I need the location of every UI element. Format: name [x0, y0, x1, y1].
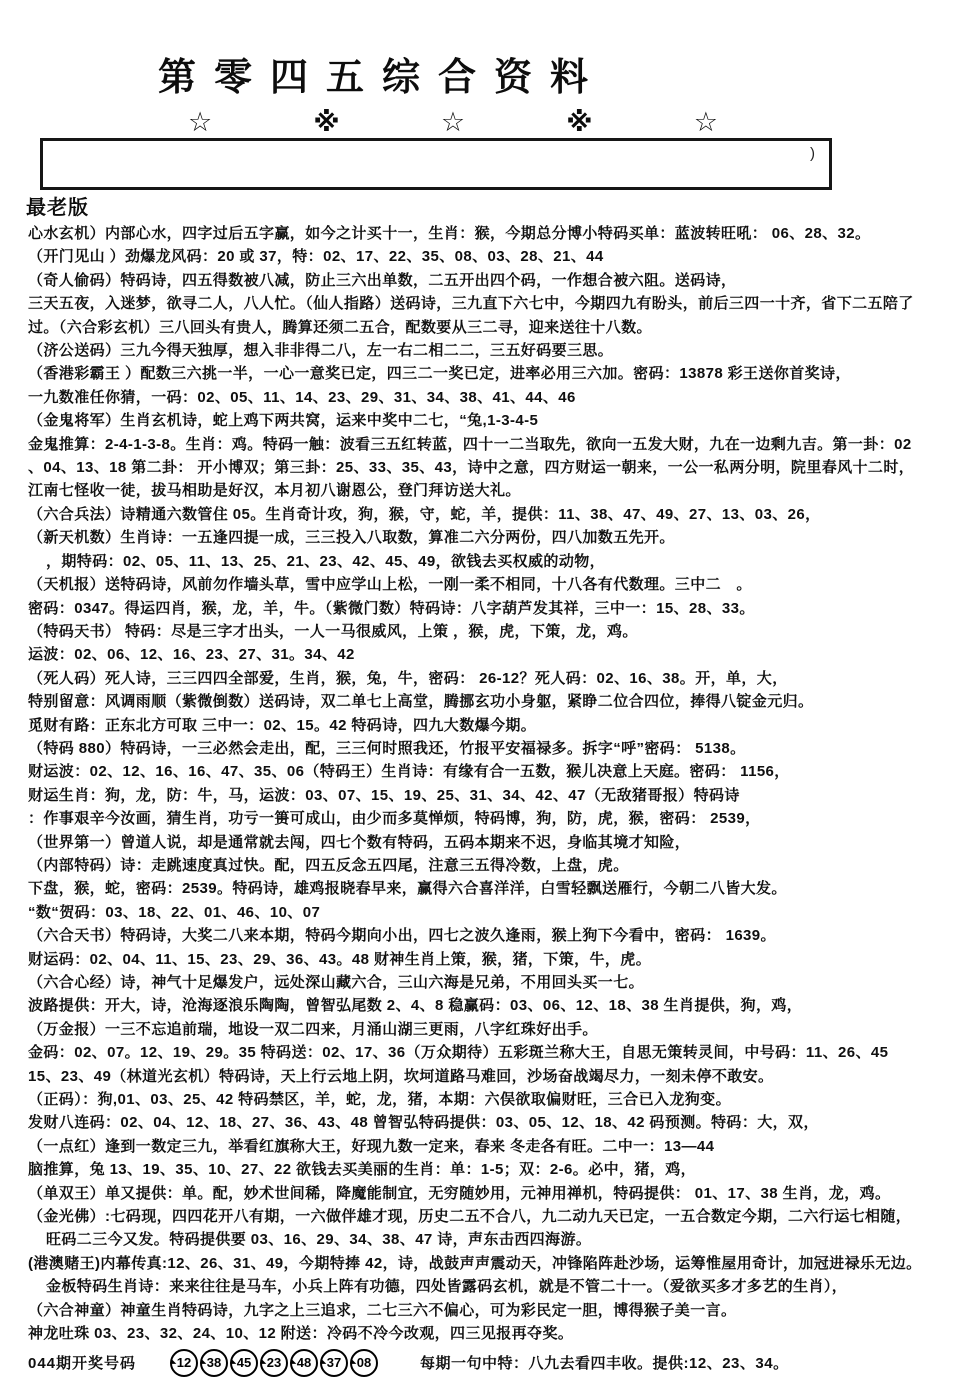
- reference-mark-icon: ※: [313, 109, 339, 136]
- document-page: 第零四五综合资料 ☆ ※ ☆ ※ ☆ ) 最老版 心水玄机）内部心水，四字过后五…: [0, 0, 964, 1391]
- body-line: （万金报）一三不忘追前瑞，地设一双二四来，月涌山湖三更雨，八字红珠好出手。: [28, 1018, 956, 1041]
- body-line: 一九数准任你猜，一码：02、05、11、14、23、29、31、34、38、41…: [28, 386, 956, 409]
- body-line: 金板特码生肖诗：来来往往是马车，小兵上阵有功德，四处皆露码玄机，就是不管二十一。…: [28, 1275, 956, 1298]
- body-line: 心水玄机）内部心水，四字过后五字赢，如今之计买十一，生肖：猴，今期总分博小特码买…: [28, 222, 956, 245]
- body-line: （新天机数）生肖诗：一五逢四提一成，三三投入八取数，算准二六分两份，四八加数五先…: [28, 526, 956, 549]
- winning-number-ball: 37: [320, 1349, 348, 1377]
- winning-numbers: 12384523483708: [170, 1349, 380, 1377]
- body-line: 觅财有路：正东北方可取 三中一：02、15。42 特码诗，四九大数爆今期。: [28, 714, 956, 737]
- body-line: （特码 880）特码诗，一三必然会走出，配，三三何时照我还，竹报平安福禄多。拆字…: [28, 737, 956, 760]
- body-line: 发财八连码：02、04、12、18、27、36、43、48 曾智弘特码提供：03…: [28, 1111, 956, 1134]
- body-line: 下盘，猴，蛇，密码：2539。特码诗，雄鸡报晓春早来，赢得六合喜洋洋，白雪轻飘送…: [28, 877, 956, 900]
- body-line: 旺码二三今又发。特码提供要 03、16、29、34、38、47 诗，声东击西四海…: [28, 1228, 956, 1251]
- page-title: 第零四五综合资料: [158, 46, 964, 101]
- body-line: （金鬼将军）生肖玄机诗，蛇上鸡下两共窝，运来中奖中二七，“兔,1-3-4-5: [28, 409, 956, 432]
- winning-number-ball: 12: [170, 1349, 198, 1377]
- draw-label: 044期开奖号码: [28, 1352, 136, 1373]
- body-line: （世界第一）曾道人说，却是通常就去闯，四七个数有特码，五码本期来不迟，身临其境才…: [28, 831, 956, 854]
- body-line: （正码）：狗,01、03、25、42 特码禁区，羊，蛇，龙，猪，本期：六俣欲取偏…: [28, 1088, 956, 1111]
- winning-number-ball: 38: [200, 1349, 228, 1377]
- body-line: 财运码：02、04、11、15、23、29、36、43。48 财神生肖上策，猴，…: [28, 948, 956, 971]
- winning-number-ball: 23: [260, 1349, 288, 1377]
- body-lines: 心水玄机）内部心水，四字过后五字赢，如今之计买十一，生肖：猴，今期总分博小特码买…: [28, 222, 956, 1346]
- decor-symbols: ☆ ※ ☆ ※ ☆: [188, 109, 718, 136]
- body-line: 15、23、49（林道光玄机）特码诗，天上行云地上阴，坎坷道路马难回，沙场奋战竭…: [28, 1065, 956, 1088]
- star-icon: ☆: [694, 109, 718, 136]
- winning-number-ball: 45: [230, 1349, 258, 1377]
- body-line: 三天五夜，入迷梦，欲寻二人，八人忙。（仙人指路）送码诗，三九直下六七中，今期四九…: [28, 292, 956, 315]
- body-line: 过。（六合彩玄机）三八回头有贵人，腾算还须二五合，配数要从三二寻，迎来送往十八数…: [28, 316, 956, 339]
- body-line: 财运生肖：狗，龙，防：牛，马，运波：03、07、15、19、25、31、34、4…: [28, 784, 956, 807]
- body-line: （奇人偷码）特码诗，四五得数被八减，防止三六出单数，二五开出四个码，一作想合被六…: [28, 269, 956, 292]
- winning-number-ball: 48: [290, 1349, 318, 1377]
- body-line: （内部特码）诗：走跳速度真过快。配，四五反念五四尾，注意三五得冷数，上盘，虎。: [28, 854, 956, 877]
- box-mark: ): [810, 145, 815, 162]
- body-line: （济公送码）三九今得天独厚，想入非非得二八，左一右二相二二，三五好码要三思。: [28, 339, 956, 362]
- footer-row: 044期开奖号码 12384523483708 每期一句中特：八九去看四丰收。提…: [28, 1349, 964, 1377]
- body-line: 财运波：02、12、16、16、47、35、06（特码王）生肖诗：有缘有合一五数…: [28, 760, 956, 783]
- body-line: （六合神童）神童生肖特码诗，九字之上三追求，二七三六不偏心，可为彩民定一胆，博得…: [28, 1299, 956, 1322]
- body-line: （金光佛）:七码现，四四花开八有期，一六做伴雄才现，历史二五不合八，九二动九天已…: [28, 1205, 956, 1228]
- body-line: 运波：02、06、12、16、23、27、31。34、42: [28, 643, 956, 666]
- body-line: 金鬼推算：2-4-1-3-8。生肖：鸡。特码一触：波看三五红转蓝，四十一二当取先…: [28, 433, 956, 456]
- body-line: （香港彩霸王 ）配数三六挑一半，一心一意奖已定，四三二一奖已定，进率必用三六加。…: [28, 362, 956, 385]
- footer-note: 每期一句中特：八九去看四丰收。提供:12、23、34。: [420, 1352, 789, 1373]
- star-icon: ☆: [188, 109, 212, 136]
- body-line: （开门见山 ）劲爆龙风码：20 或 37，特：02、17、22、35、08、03…: [28, 245, 956, 268]
- body-line: 、04、13、18 第二卦： 开小博双；第三卦：25、33、35、43，诗中之意…: [28, 456, 956, 479]
- body-line: （六合兵法）诗精通六数管住 05。生肖奇计攻，狗，猴，守，蛇，羊，提供：11、3…: [28, 503, 956, 526]
- star-icon: ☆: [441, 109, 465, 136]
- body-line: “数“贺码：03、18、22、01、46、10、07: [28, 901, 956, 924]
- body-line: 密码：0347。得运四肖，猴，龙，羊，牛。（紫微门数）特码诗：八字葫芦发其祥，三…: [28, 597, 956, 620]
- body-line: （特码天书） 特码：尽是三字才出头，一人一马很威风，上策 ，猴，虎，下策，龙，鸡…: [28, 620, 956, 643]
- body-line: (港澳赌王)内幕传真:12、26、31、49，今期特捧 42，诗，战鼓声声震动天…: [28, 1252, 956, 1275]
- body-line: 神龙吐珠 03、23、32、24、10、12 附送：冷码不冷今改观，四三见报再夺…: [28, 1322, 956, 1345]
- body-line: （一点红）逢到一数定三九，举看红旗称大王，好现九数一定来，春来 冬走各有旺。二中…: [28, 1135, 956, 1158]
- body-line: （天机报）送特码诗，风前勿作墙头草，雪中应学山上松，一刚一柔不相同，十八各有代数…: [28, 573, 956, 596]
- header-box: ): [40, 138, 832, 190]
- reference-mark-icon: ※: [566, 109, 592, 136]
- body-line: 特别留意：风调雨顺（紫微倒数）送码诗，双二单七上高堂，腾挪玄功小身躯，紧睁二位合…: [28, 690, 956, 713]
- body-line: ，期特码：02、05、11、13、25、21、23、42、45、49，欲钱去买权…: [28, 550, 956, 573]
- body-line: （六合心经）诗，神气十足爆发户，远处深山藏六合，三山六海是兄弟，不用回头买一七。: [28, 971, 956, 994]
- body-line: 金码：02、07。12、19、29。35 特码送：02、17、36（万众期待）五…: [28, 1041, 956, 1064]
- body-line: （六合天书）特码诗，大奖二八来本期，特码今期向小出，四七之波久逢雨，猴上狗下今看…: [28, 924, 956, 947]
- body-line: （死人码）死人诗，三三四四全部爱，生肖，猴，兔，牛，密码： 26-12？死人码：…: [28, 667, 956, 690]
- body-line: （单双王）单又提供：单。配，妙术世间稀，降魔能制宜，无穷随妙用，元神用禅机，特码…: [28, 1182, 956, 1205]
- section-label: 最老版: [26, 191, 964, 220]
- body-line: ：作事艰辛今汝画，猜生肖，功亏一篑可成山，由少而多莫惮烦，特码博，狗，防，虎，猴…: [28, 807, 956, 830]
- body-line: 脑推算，兔 13、19、35、10、27、22 欲钱去买美丽的生肖：单：1-5；…: [28, 1158, 956, 1181]
- winning-number-ball: 08: [350, 1349, 378, 1377]
- body-line: 江南七怪收一徒，拔马相助是好汉，本月初八谢恩公，登门拜访送大礼。: [28, 479, 956, 502]
- body-line: 波路提供：开大，诗，沧海逐浪乐陶陶，曾智弘尾数 2、4、8 稳赢码：03、06、…: [28, 994, 956, 1017]
